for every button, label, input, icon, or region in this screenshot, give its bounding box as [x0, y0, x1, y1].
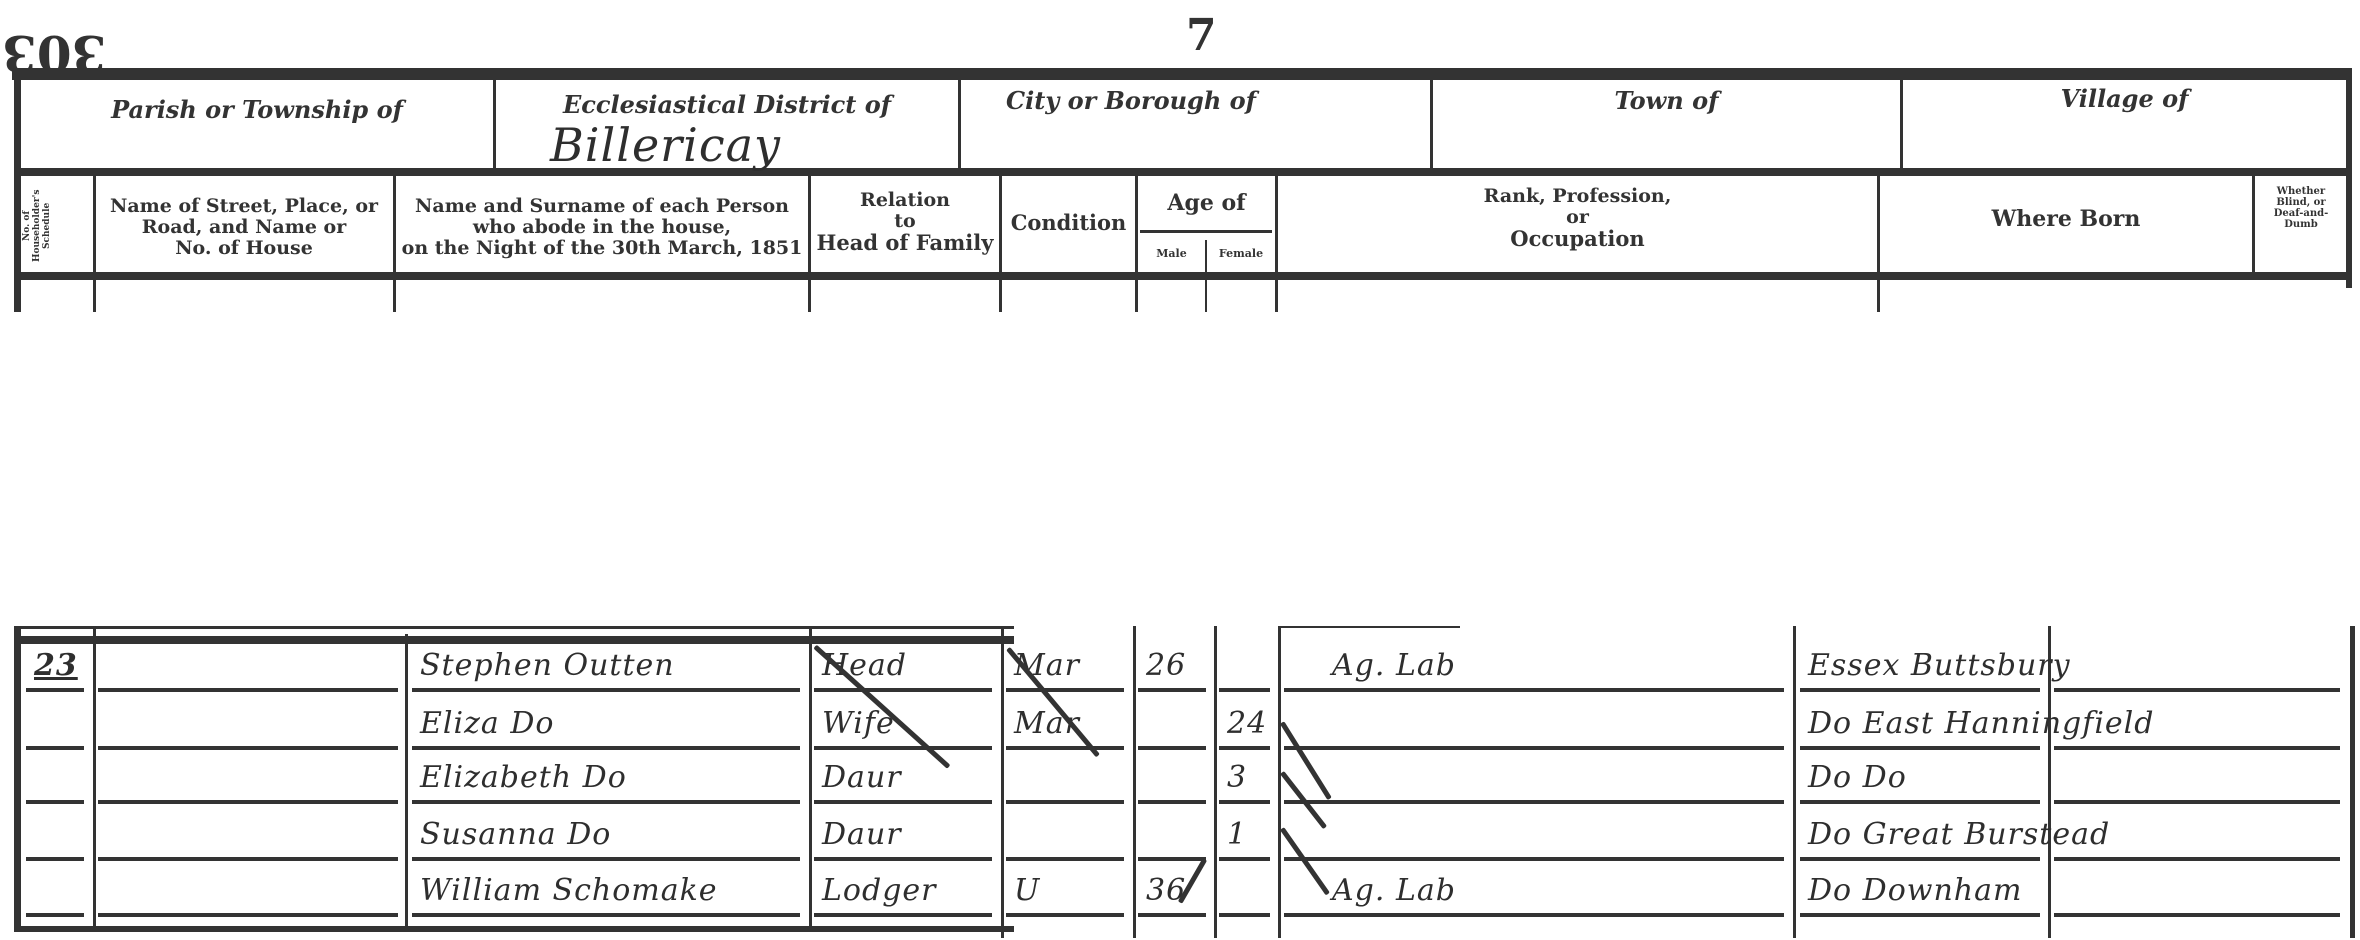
relation-cell: Daur [822, 760, 902, 795]
tally-strike-mark [1280, 721, 1332, 800]
relation-cell: Lodger [822, 873, 937, 908]
street-header-line: Road, and Name or [96, 217, 392, 238]
village-label: Village of [1903, 84, 2346, 113]
parish-label: Parish or Township of [21, 95, 493, 124]
disability-header-line: Whether [2256, 186, 2346, 197]
street-column-header: Name of Street, Place, or Road, and Name… [96, 196, 392, 259]
age-female-cell: 1 [1227, 817, 1247, 852]
disability-header-line: Blind, or [2256, 197, 2346, 208]
schedule-column-header: No. of Householder's Schedule [22, 186, 90, 266]
name-column-header: Name and Surname of each Person who abod… [396, 196, 808, 259]
age-female-header: Female [1207, 247, 1275, 260]
tally-strike-mark [1280, 827, 1330, 895]
ecclesiastical-label: Ecclesiastical District of [496, 90, 958, 119]
street-header-line: Name of Street, Place, or [96, 196, 392, 217]
occupation-header-line: Occupation [1278, 228, 1877, 249]
relation-cell: Daur [822, 817, 902, 852]
relation-header-line: Relation [811, 190, 999, 211]
name-cell: Susanna Do [420, 817, 611, 852]
age-female-cell: 24 [1227, 706, 1267, 741]
where-born-cell: Do East Hanningfield [1808, 706, 2154, 741]
disability-header-line: Dumb [2256, 219, 2346, 230]
disability-header-line: Deaf-and- [2256, 208, 2346, 219]
condition-cell: U [1014, 873, 1040, 908]
name-cell: William Schomake [420, 873, 718, 908]
name-header-line: who abode in the house, [396, 217, 808, 238]
name-cell: Eliza Do [420, 706, 554, 741]
where-born-cell: Do Downham [1808, 873, 2022, 908]
name-cell: Elizabeth Do [420, 760, 627, 795]
relation-header-line: to [811, 211, 999, 232]
name-header-line: Name and Surname of each Person [396, 196, 808, 217]
town-label: Town of [1433, 86, 1900, 115]
where-born-column-header: Where Born [1880, 206, 2252, 232]
occupation-cell: Ag. Lab [1332, 873, 1456, 908]
where-born-cell: Do Great Burstead [1808, 817, 2110, 852]
relation-column-header: Relation to Head of Family [811, 190, 999, 253]
folio-mark: 7 [1186, 10, 1217, 61]
ecclesiastical-value: Billericay [550, 118, 781, 172]
age-female-cell: 3 [1227, 760, 1247, 795]
occupation-column-header: Rank, Profession, or Occupation [1278, 186, 1877, 249]
city-label: City or Borough of [961, 86, 1301, 115]
street-header-line: No. of House [96, 238, 392, 259]
age-male-header: Male [1138, 247, 1205, 260]
occupation-header-line: Rank, Profession, [1278, 186, 1877, 207]
where-born-cell: Essex Buttsbury [1808, 648, 2071, 683]
age-column-header: Age of [1138, 190, 1275, 216]
where-born-cell: Do Do [1808, 760, 1907, 795]
relation-header-line: Head of Family [811, 232, 999, 253]
condition-column-header: Condition [1002, 210, 1135, 235]
age-male-cell: 26 [1146, 648, 1186, 683]
name-header-line: on the Night of the 30th March, 1851 [396, 238, 808, 259]
disability-column-header: Whether Blind, or Deaf-and- Dumb [2256, 186, 2346, 230]
schedule-cell: 23 [34, 648, 78, 683]
occupation-header-line: or [1278, 207, 1877, 228]
name-cell: Stephen Outten [420, 648, 675, 683]
occupation-cell: Ag. Lab [1332, 648, 1456, 683]
